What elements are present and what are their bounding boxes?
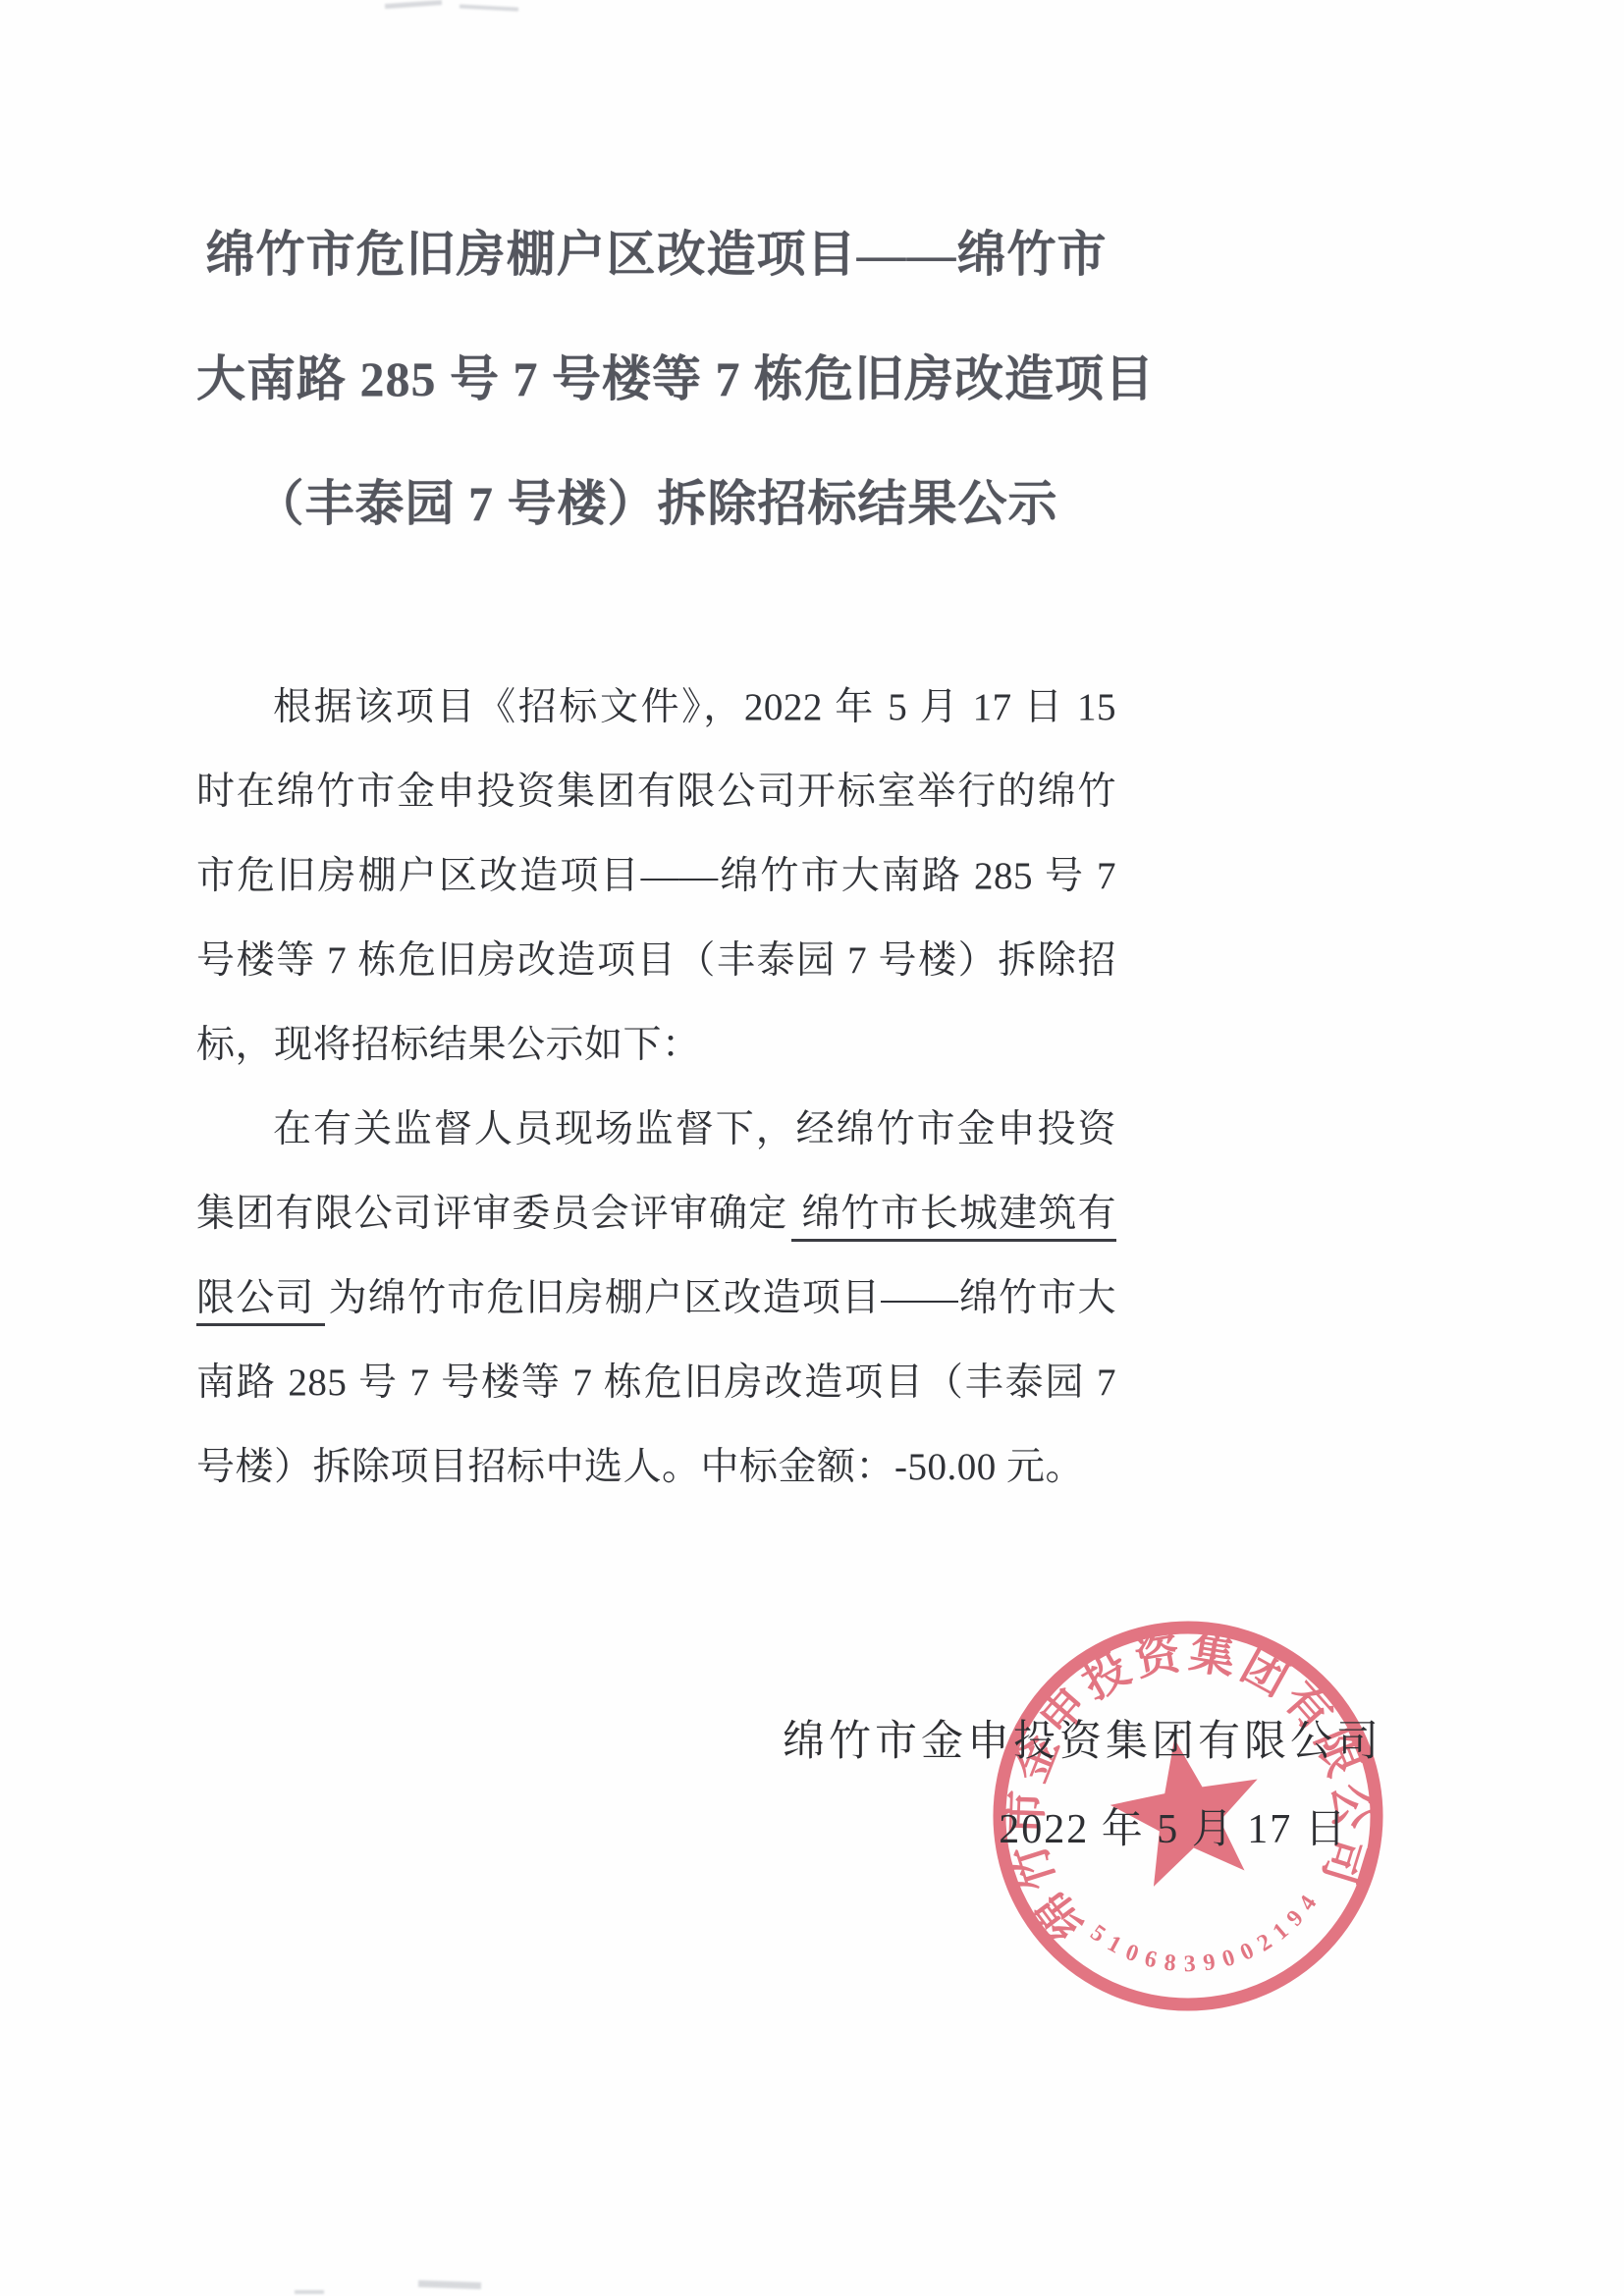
title-line-3: （丰泰园 7 号楼）拆除招标结果公示	[196, 442, 1116, 566]
signature-company: 绵竹市金申投资集团有限公司	[781, 1708, 1384, 1768]
signature-date: 2022 年 5 月 17 日	[967, 1796, 1380, 1855]
svg-text:5106839002194: 5106839002194	[1082, 1881, 1336, 1996]
paragraph-2-suffix: 为绵竹市危旧房棚户区改造项目——绵竹市大南路 285 号 7 号楼等 7 栋危旧…	[196, 1277, 1116, 1488]
title-line-2: 大南路 285 号 7 号楼等 7 栋危旧房改造项目	[196, 317, 1116, 442]
document-page: 绵竹市危旧房棚户区改造项目——绵竹市 大南路 285 号 7 号楼等 7 栋危旧…	[0, 0, 1624, 2296]
seal-serial-number: 5106839002194	[1082, 1881, 1336, 1996]
paragraph-1: 根据该项目《招标文件》，2022 年 5 月 17 日 15 时在绵竹市金申投资…	[196, 666, 1116, 1088]
document-body: 根据该项目《招标文件》，2022 年 5 月 17 日 15 时在绵竹市金申投资…	[196, 666, 1116, 1510]
title-line-1: 绵竹市危旧房棚户区改造项目——绵竹市	[196, 192, 1116, 317]
document-title: 绵竹市危旧房棚户区改造项目——绵竹市 大南路 285 号 7 号楼等 7 栋危旧…	[196, 192, 1116, 566]
scan-artifact-bottom	[418, 2280, 481, 2289]
paragraph-2: 在有关监督人员现场监督下，经绵竹市金申投资集团有限公司评审委员会评审确定绵竹市长…	[196, 1088, 1116, 1510]
scan-artifact-top	[385, 0, 442, 9]
scan-artifact-top	[460, 4, 518, 11]
scan-artifact-bottom	[295, 2290, 324, 2294]
